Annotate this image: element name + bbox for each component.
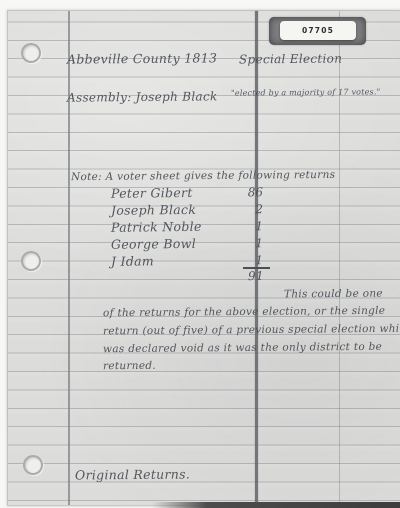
punch-hole-middle — [21, 251, 41, 271]
commentary-line: This could be one — [284, 289, 383, 300]
election-type-heading: Special Election — [239, 53, 342, 66]
total-votes: 91 — [248, 270, 264, 282]
punch-hole-bottom — [23, 455, 43, 475]
catalog-label: 07705 — [280, 21, 356, 40]
candidate-name: Peter Gibert — [111, 187, 233, 201]
result-quote: "elected by a majority of 17 votes." — [231, 88, 381, 97]
candidate-votes: 1 — [233, 237, 263, 250]
county-year-heading: Abbeville County 1813 — [67, 52, 217, 66]
candidate-votes: 2 — [233, 203, 263, 216]
return-row: Joseph Black 2 — [111, 203, 263, 217]
return-row: Peter Gibert 86 — [111, 186, 263, 200]
candidate-name: George Bowl — [111, 238, 233, 252]
commentary-line: return (out of five) of a previous speci… — [103, 324, 400, 337]
candidate-name: Patrick Noble — [111, 221, 233, 235]
scanned-document: 07705 Abbeville County 1813 Special Elec… — [0, 0, 400, 508]
office-winner-line: Assembly: Joseph Black — [67, 90, 218, 103]
ledger-page: 07705 Abbeville County 1813 Special Elec… — [7, 10, 400, 506]
return-row: J Idam 1 — [111, 254, 263, 268]
commentary-line: returned. — [103, 361, 156, 372]
return-row: George Bowl 1 — [111, 237, 263, 251]
catalog-label-number: 07705 — [302, 26, 334, 35]
punch-hole-top — [21, 43, 41, 63]
candidate-votes: 1 — [233, 254, 263, 267]
candidate-name: J Idam — [111, 255, 233, 269]
candidate-votes: 86 — [233, 186, 263, 199]
footer-caption: Original Returns. — [75, 468, 190, 482]
page-bottom-edge — [152, 502, 400, 508]
commentary-line: was declared void as it was the only dis… — [103, 342, 382, 355]
margin-rule-line — [68, 11, 70, 505]
candidate-name: Joseph Black — [111, 204, 233, 218]
right-rule-line — [339, 11, 340, 505]
commentary-line: of the returns for the above election, o… — [103, 306, 385, 319]
return-row: Patrick Noble 1 — [111, 220, 263, 234]
note-intro: Note: A voter sheet gives the following … — [71, 170, 335, 183]
candidate-votes: 1 — [233, 220, 263, 233]
